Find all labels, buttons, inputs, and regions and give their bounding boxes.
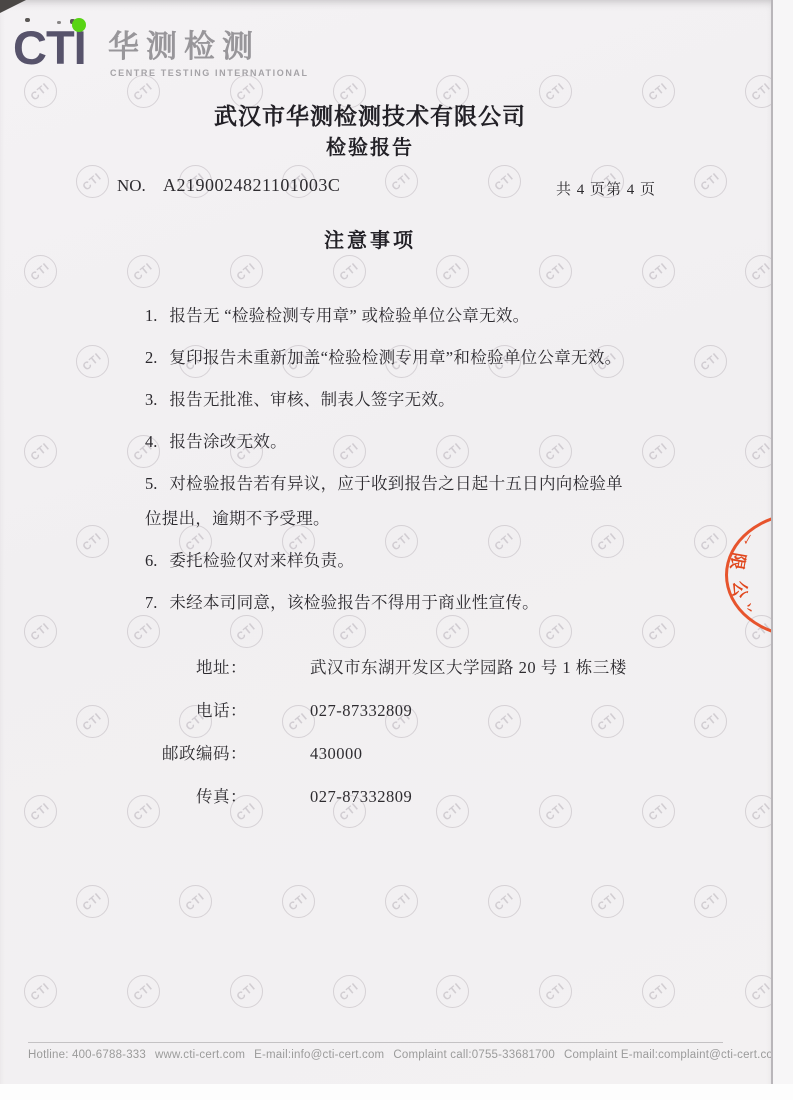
cti-watermark: CTI — [76, 705, 109, 738]
cti-watermark: CTI — [76, 525, 109, 558]
cti-watermark: CTI — [76, 165, 109, 198]
cti-watermark: CTI — [488, 885, 521, 918]
cti-watermark: CTI — [24, 615, 57, 648]
notice-item-number: 3. — [145, 390, 157, 409]
notice-list-item: 3.报告无批准、审核、制表人签字无效。 — [145, 382, 650, 417]
cti-watermark: CTI — [385, 165, 418, 198]
notice-section-title: 注意事项 — [0, 224, 740, 253]
notice-list-item: 5.对检验报告若有异议，应于收到报告之日起十五日内向检验单 位提出，逾期不予受理… — [145, 466, 650, 536]
cti-watermark: CTI — [745, 435, 773, 468]
cti-watermark: CTI — [282, 885, 315, 918]
cti-watermark: CTI — [745, 795, 773, 828]
notice-item-text: 未经本司同意，该检验报告不得用于商业性宣传。 — [169, 593, 539, 612]
notice-item-number: 6. — [145, 551, 157, 570]
cti-watermark: CTI — [127, 255, 160, 288]
cti-watermark: CTI — [24, 255, 57, 288]
contact-block: 地址： 武汉市东湖开发区大学园路 20 号 1 栋三楼 电话： 027-8733… — [145, 658, 627, 830]
logo-chinese-name: 华测检测 — [108, 31, 260, 62]
cti-watermark: CTI — [694, 165, 727, 198]
notice-list: 1.报告无 “检验检测专用章” 或检验单位公章无效。 2.复印报告未重新加盖“检… — [145, 298, 650, 627]
footer-item: Complaint E-mail:complaint@cti-cert.com — [564, 1049, 773, 1061]
cti-watermark: CTI — [539, 975, 572, 1008]
contact-label: 邮政编码： — [145, 744, 247, 764]
cti-watermark: CTI — [642, 795, 675, 828]
notice-list-item: 2.复印报告未重新加盖“检验检测专用章”和检验单位公章无效。 — [145, 340, 650, 375]
cti-watermark: CTI — [539, 255, 572, 288]
contact-row: 地址： 武汉市东湖开发区大学园路 20 号 1 栋三楼 — [145, 658, 627, 678]
notice-item-text: 复印报告未重新加盖“检验检测专用章”和检验单位公章无效。 — [169, 348, 621, 367]
notice-list-item: 1.报告无 “检验检测专用章” 或检验单位公章无效。 — [145, 298, 650, 333]
cti-watermark: CTI — [230, 255, 263, 288]
cti-watermark: CTI — [694, 345, 727, 378]
notice-list-item: 7.未经本司同意，该检验报告不得用于商业性宣传。 — [145, 585, 650, 620]
report-no-label: NO. — [117, 176, 146, 196]
report-no-value: A2190024821101003C — [163, 175, 340, 196]
cti-watermark: CTI — [24, 435, 57, 468]
cti-watermark: CTI — [694, 705, 727, 738]
footer-item: www.cti-cert.com — [155, 1049, 245, 1061]
footer-contact-strip: Hotline: 400-6788-333 www.cti-cert.com E… — [28, 1049, 768, 1061]
cti-watermark: CTI — [694, 525, 727, 558]
contact-label: 地址： — [145, 658, 247, 678]
document-page: CTICTICTICTICTICTICTICTICTICTICTICTICTIC… — [0, 0, 773, 1084]
notice-item-text: 对检验报告若有异议，应于收到报告之日起十五日内向检验单 位提出，逾期不予受理。 — [145, 474, 623, 528]
notice-item-number: 4. — [145, 432, 157, 451]
notice-item-text: 委托检验仅对来样负责。 — [169, 551, 354, 570]
cti-watermark: CTI — [642, 975, 675, 1008]
cti-watermark: CTI — [24, 975, 57, 1008]
footer-item: Hotline: 400-6788-333 — [28, 1049, 146, 1061]
cti-watermark: CTI — [591, 885, 624, 918]
red-seal-stamp-arc — [725, 512, 773, 638]
cti-watermark: CTI — [24, 795, 57, 828]
contact-row: 传真： 027-87332809 — [145, 787, 627, 807]
notice-item-number: 2. — [145, 348, 157, 367]
cti-watermark: CTI — [230, 975, 263, 1008]
scanner-background — [0, 1084, 793, 1100]
contact-row: 电话： 027-87332809 — [145, 701, 627, 721]
scanned-report-page: { "logo": { "cti": "CTI", "chinese": "华测… — [0, 0, 793, 1100]
notice-item-number: 7. — [145, 593, 157, 612]
cti-watermark: CTI — [436, 255, 469, 288]
cti-watermark: CTI — [76, 885, 109, 918]
footer-item: E-mail:info@cti-cert.com — [254, 1049, 384, 1061]
notice-item-text: 报告无批准、审核、制表人签字无效。 — [169, 390, 455, 409]
logo-english-subtitle: CENTRE TESTING INTERNATIONAL — [110, 68, 309, 78]
notice-item-text: 报告无 “检验检测专用章” 或检验单位公章无效。 — [169, 306, 529, 325]
cti-watermark: CTI — [745, 255, 773, 288]
cti-watermark: CTI — [333, 255, 366, 288]
cti-watermark: CTI — [745, 975, 773, 1008]
company-title: 武汉市华测检测技术有限公司 — [0, 98, 740, 131]
cti-watermark: CTI — [333, 975, 366, 1008]
footer-divider — [28, 1042, 723, 1043]
notice-list-item: 6.委托检验仅对来样负责。 — [145, 543, 650, 578]
contact-value: 027-87332809 — [310, 701, 412, 721]
cti-watermark: CTI — [745, 75, 773, 108]
contact-label: 传真： — [145, 787, 247, 807]
notice-item-number: 1. — [145, 306, 157, 325]
notice-item-text: 报告涂改无效。 — [169, 432, 287, 451]
cti-watermark: CTI — [76, 345, 109, 378]
notice-item-number: 5. — [145, 474, 157, 493]
cti-watermark: CTI — [642, 255, 675, 288]
cti-watermark: CTI — [127, 975, 160, 1008]
contact-value: 430000 — [310, 744, 363, 764]
document-title: 检验报告 — [0, 131, 740, 160]
contact-value: 武汉市东湖开发区大学园路 20 号 1 栋三楼 — [310, 658, 627, 678]
red-seal-character: 丷 — [740, 601, 758, 614]
cti-watermark: CTI — [436, 975, 469, 1008]
red-seal-character: 公 — [729, 581, 755, 599]
cti-watermark: CTI — [179, 885, 212, 918]
cti-watermark: CTI — [488, 165, 521, 198]
logo-green-dot-icon — [72, 18, 86, 32]
cti-logo: CTI 华测检测 CENTRE TESTING INTERNATIONAL — [0, 0, 300, 90]
notice-list-item: 4.报告涂改无效。 — [145, 424, 650, 459]
cti-watermark: CTI — [694, 885, 727, 918]
contact-value: 027-87332809 — [310, 787, 412, 807]
contact-label: 电话： — [145, 701, 247, 721]
contact-row: 邮政编码： 430000 — [145, 744, 627, 764]
page-count-info: 共 4 页第 4 页 — [556, 178, 656, 199]
cti-watermark: CTI — [385, 885, 418, 918]
footer-item: Complaint call:0755-33681700 — [393, 1049, 555, 1061]
